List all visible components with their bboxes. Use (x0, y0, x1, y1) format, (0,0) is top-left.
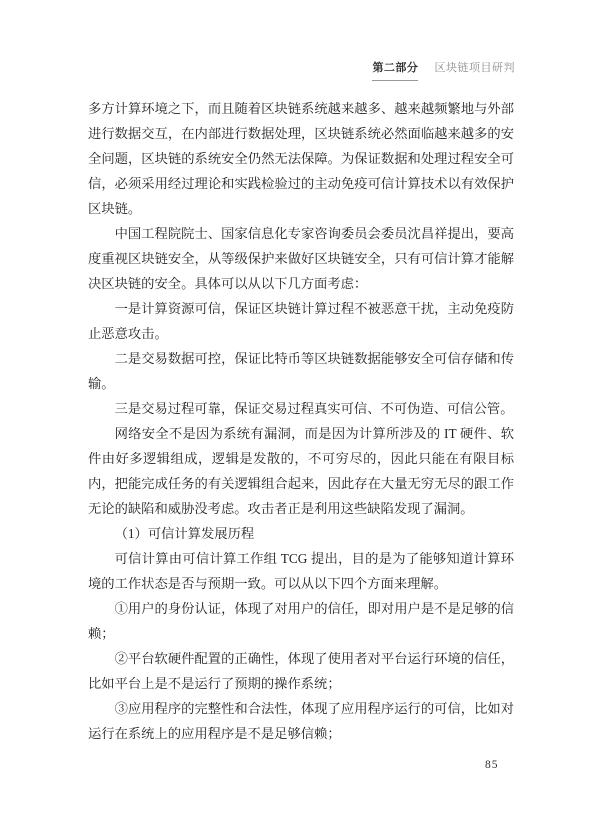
part-title: 区块链项目研判 (435, 61, 516, 75)
body-text-block: 多方计算环境之下，而且随着区块链系统越来越多、越来越频繁地与外部进行数据交互，在… (88, 96, 514, 746)
body-paragraph: ③应用程序的完整性和合法性，体现了应用程序运行的可信，比如对运行在系统上的应用程… (88, 696, 514, 746)
body-paragraph: ②平台软硬件配置的正确性，体现了使用者对平台运行环境的信任，比如平台上是不是运行… (88, 646, 514, 696)
body-paragraph: 网络安全不是因为系统有漏洞，而是因为计算所涉及的 IT 硬件、软件由好多逻辑组成… (88, 421, 514, 521)
section-heading-paragraph: （1）可信计算发展历程 (88, 521, 514, 546)
part-label: 第二部分 (372, 61, 418, 81)
body-paragraph: 可信计算由可信计算工作组 TCG 提出，目的是为了能够知道计算环境的工作状态是否… (88, 546, 514, 596)
body-paragraph: 二是交易数据可控，保证比特币等区块链数据能够安全可信存储和传输。 (88, 346, 514, 396)
book-page: 第二部分 区块链项目研判 多方计算环境之下，而且随着区块链系统越来越多、越来越频… (0, 0, 600, 822)
body-paragraph: ①用户的身份认证，体现了对用户的信任，即对用户是不是足够的信赖； (88, 596, 514, 646)
running-head: 第二部分 区块链项目研判 (372, 61, 515, 81)
body-paragraph: 一是计算资源可信，保证区块链计算过程不被恶意干扰，主动免疫防止恶意攻击。 (88, 296, 514, 346)
body-paragraph: 多方计算环境之下，而且随着区块链系统越来越多、越来越频繁地与外部进行数据交互，在… (88, 96, 514, 221)
page-number: 85 (485, 759, 499, 771)
body-paragraph: 中国工程院院士、国家信息化专家咨询委员会委员沈昌祥提出，要高度重视区块链安全，从… (88, 221, 514, 296)
body-paragraph: 三是交易过程可靠，保证交易过程真实可信、不可伪造、可信公管。 (88, 396, 514, 421)
